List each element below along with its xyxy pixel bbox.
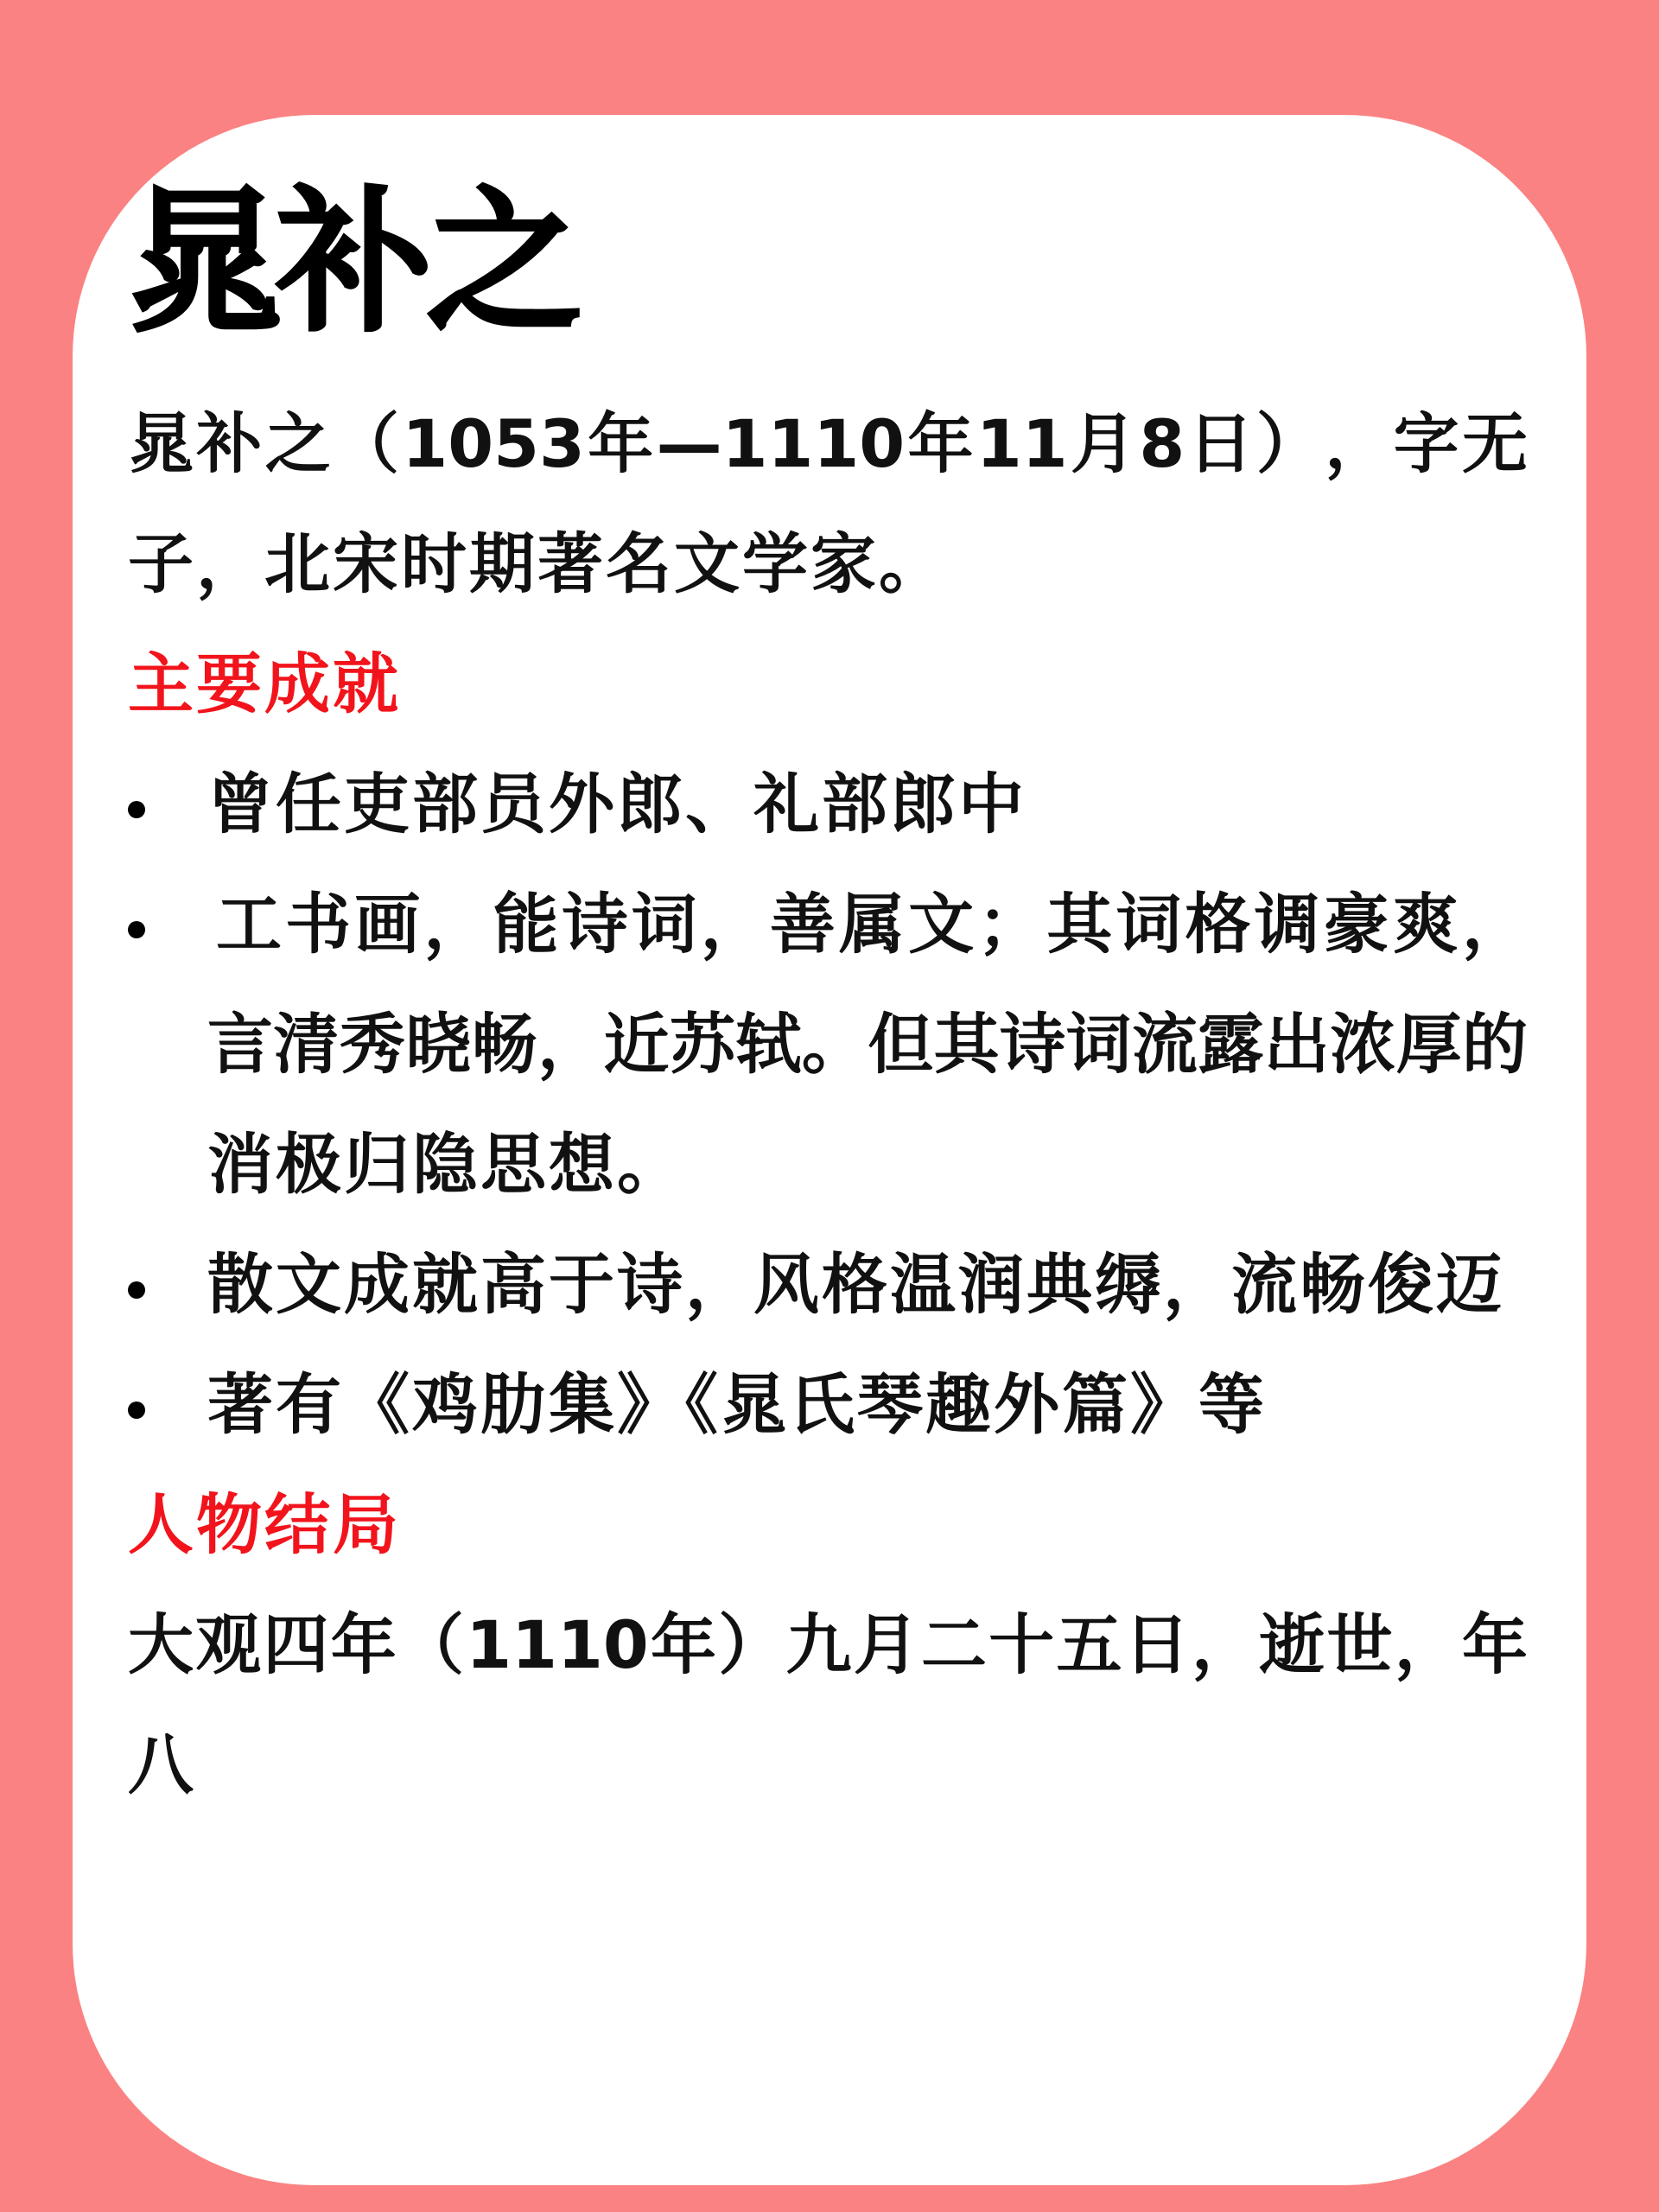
section-header-achievements: 主要成就	[128, 624, 401, 744]
list-item-text: 曾任吏部员外郎、礼部郎中	[207, 744, 1027, 864]
list-item-text: 言​清​秀​晓​畅​，​近​苏​轼​。​但​其​诗​词​流​露​出​浓​厚​的	[207, 984, 1528, 1104]
ending-line-2: 八	[128, 1705, 196, 1825]
bullet-icon	[128, 921, 145, 938]
section-header-ending: 人物结局	[128, 1465, 401, 1585]
bullet-icon	[128, 1402, 145, 1419]
list-item-text: 著有《鸡肋集》《晁氏琴趣外篇》等	[207, 1344, 1267, 1465]
bullet-icon	[128, 1281, 145, 1299]
list-item-text: 工​书​画​，​能​诗​词​，​善​属​文​；​其​词​格​调​豪​爽​，​语	[216, 864, 1528, 984]
bullet-icon	[128, 801, 145, 818]
intro-line-1: 晁​补​之​（​1​0​5​3​年​—​1​1​1​0​年​1​1​月​8​日​…	[128, 384, 1528, 504]
intro-line-2: 子，北宋时期著名文学家。	[128, 504, 947, 624]
list-item-text: 散文成就高于诗，风格温润典缛，流畅俊迈	[207, 1224, 1504, 1344]
ending-line-1: 大​观​四​年​（​1​1​1​0​年​）​九​月​二​十​五​日​，​逝​世​…	[128, 1585, 1528, 1705]
page-title: 晁补之	[126, 173, 577, 354]
list-item-text: 消极归隐思想。	[207, 1104, 685, 1224]
